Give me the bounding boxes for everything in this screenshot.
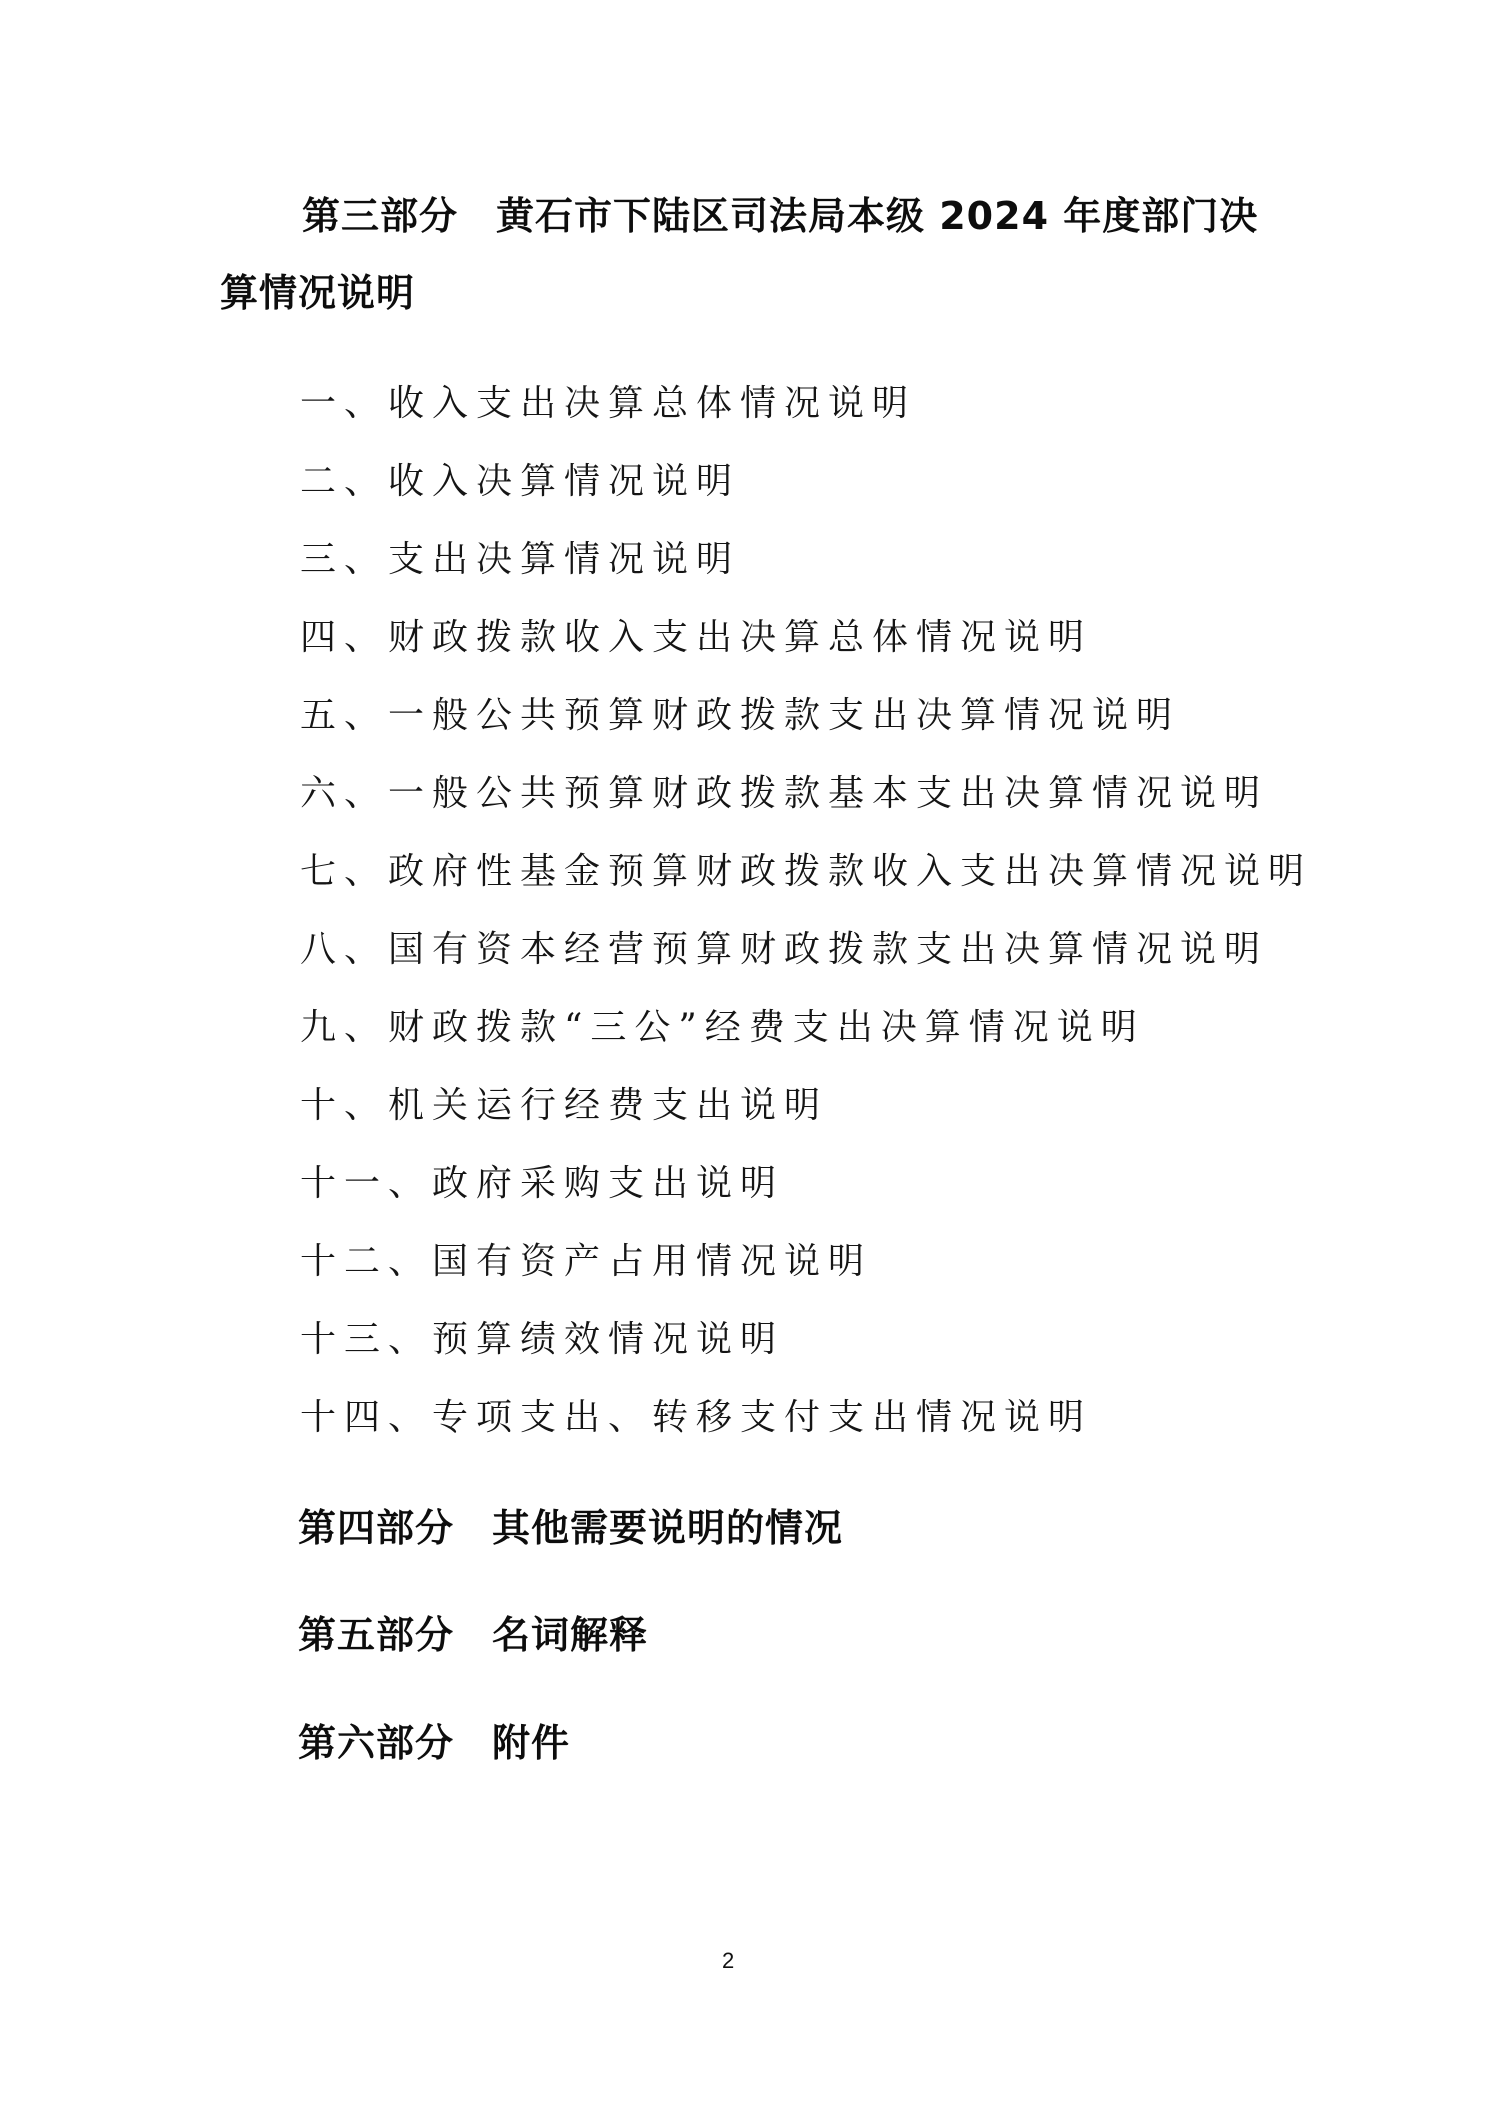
toc-item: 十四、专项支出、转移支付支出情况说明 [300, 1389, 1092, 1440]
part-heading: 第五部分名词解释 [298, 1604, 648, 1659]
toc-item: 十一、政府采购支出说明 [300, 1155, 784, 1206]
section-title-line-2: 算情况说明 [220, 262, 415, 317]
part-heading: 第四部分其他需要说明的情况 [298, 1497, 843, 1552]
toc-item: 九、财政拨款“三公”经费支出决算情况说明 [300, 999, 1145, 1050]
toc-item: 二、收入决算情况说明 [300, 453, 740, 504]
part-title: 名词解释 [492, 1613, 648, 1657]
section-title-line-1: 第三部分黄石市下陆区司法局本级 2024 年度部门决 [302, 185, 1258, 240]
toc-item: 五、一般公共预算财政拨款支出决算情况说明 [300, 687, 1180, 738]
toc-item: 十三、预算绩效情况说明 [300, 1311, 784, 1362]
toc-item: 十二、国有资产占用情况说明 [300, 1233, 872, 1284]
part-label: 第四部分 [298, 1506, 454, 1550]
toc-item: 六、一般公共预算财政拨款基本支出决算情况说明 [300, 765, 1268, 816]
section-title-text: 黄石市下陆区司法局本级 2024 年度部门决 [496, 194, 1258, 238]
document-page: 第三部分黄石市下陆区司法局本级 2024 年度部门决 算情况说明 一、收入支出决… [0, 0, 1492, 2107]
part-label: 第五部分 [298, 1613, 454, 1657]
part-title: 其他需要说明的情况 [492, 1506, 843, 1550]
toc-item: 七、政府性基金预算财政拨款收入支出决算情况说明 [300, 843, 1312, 894]
page-number: 2 [722, 1948, 734, 1974]
toc-item: 八、国有资本经营预算财政拨款支出决算情况说明 [300, 921, 1268, 972]
toc-item: 一、收入支出决算总体情况说明 [300, 375, 916, 426]
part-label: 第六部分 [298, 1721, 454, 1765]
toc-item: 十、机关运行经费支出说明 [300, 1077, 828, 1128]
part-heading: 第六部分附件 [298, 1712, 570, 1767]
part-title: 附件 [492, 1721, 570, 1765]
toc-item: 三、支出决算情况说明 [300, 531, 740, 582]
toc-item: 四、财政拨款收入支出决算总体情况说明 [300, 609, 1092, 660]
section-part-label: 第三部分 [302, 194, 458, 238]
